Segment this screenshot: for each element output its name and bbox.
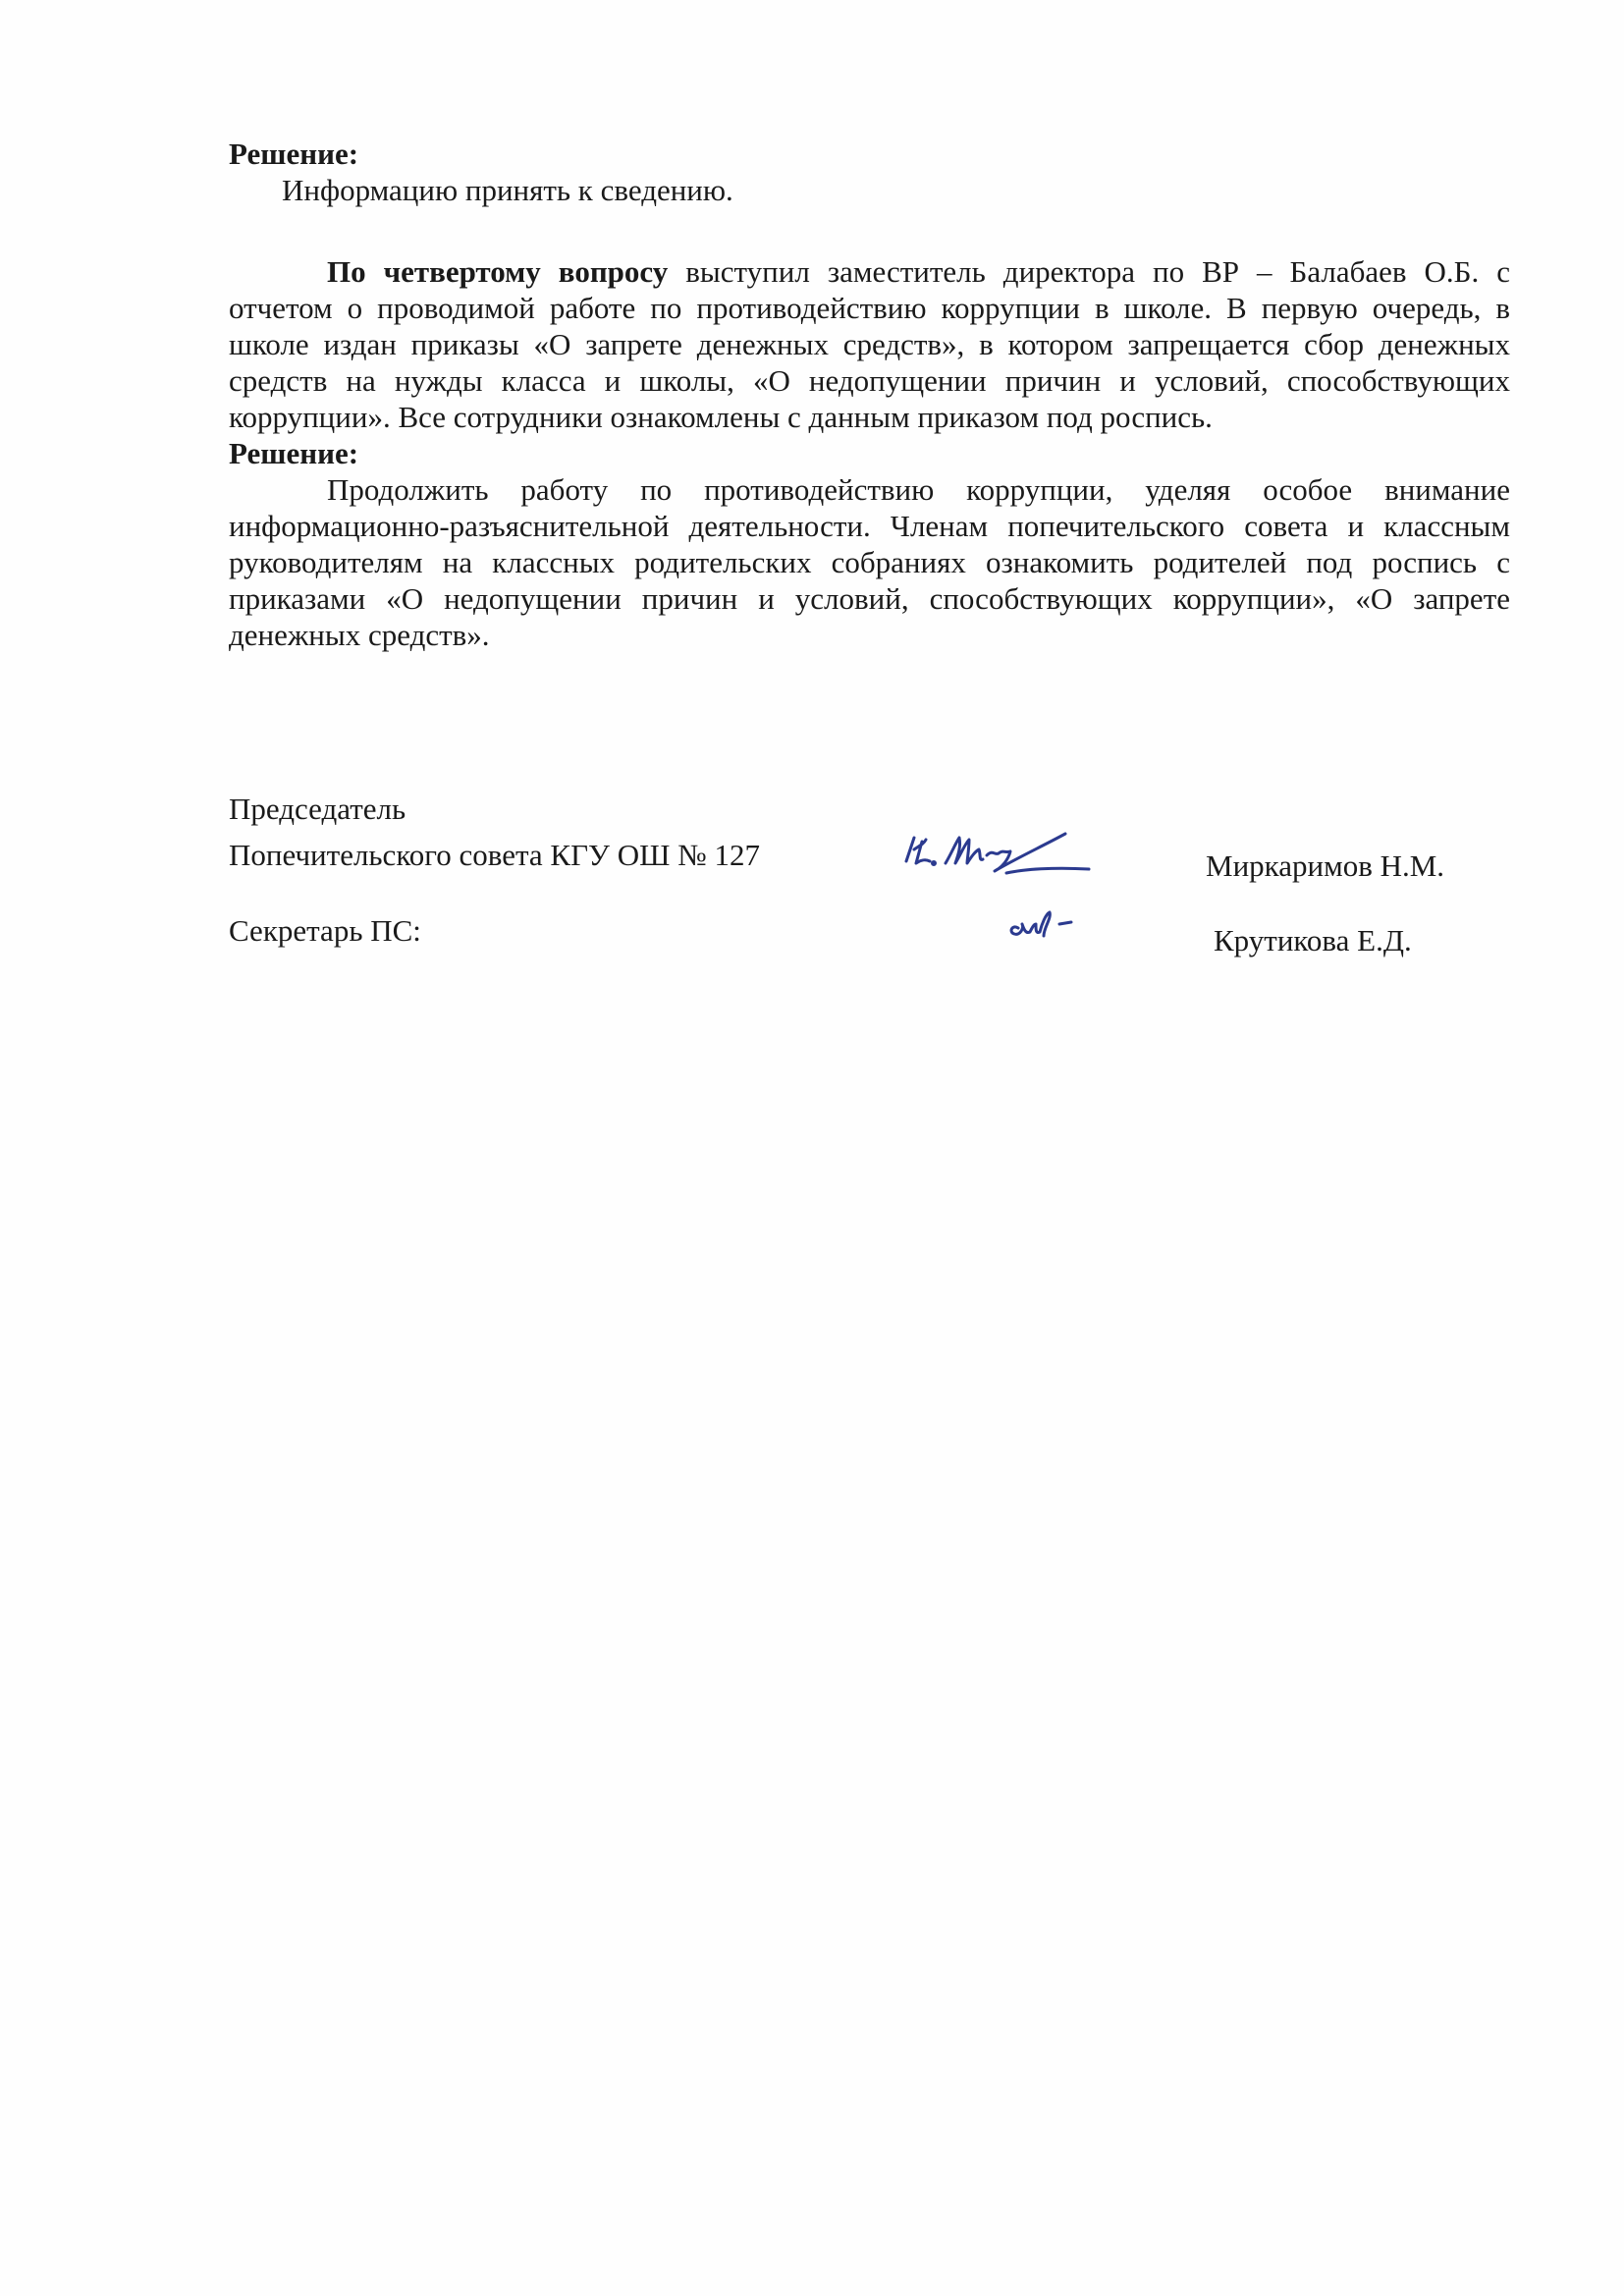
secretary-title: Секретарь ПС: <box>229 912 421 949</box>
document-body: Решение: Информацию принять к сведению. … <box>229 136 1510 653</box>
decision-heading-1: Решение: <box>229 136 1510 172</box>
chair-name: Миркаримов Н.М. <box>1206 847 1444 884</box>
decision-heading-2: Решение: <box>229 435 1510 471</box>
fourth-question-lead: По четвертому вопросу <box>327 254 668 289</box>
fourth-question-paragraph: По четвертому вопросу выступил заместите… <box>229 253 1510 435</box>
chair-title-line1: Председатель <box>229 791 406 827</box>
secretary-signature-icon <box>1004 902 1093 942</box>
decision-text-2: Продолжить работу по противодействию кор… <box>229 471 1510 653</box>
decision-text-1: Информацию принять к сведению. <box>229 172 1510 208</box>
signature-block: Председатель Попечительского совета КГУ … <box>229 791 1525 967</box>
chair-signature-icon <box>896 820 1103 889</box>
chair-title-line2: Попечительского совета КГУ ОШ № 127 <box>229 837 760 873</box>
spacer <box>229 208 1510 253</box>
document-page: Решение: Информацию принять к сведению. … <box>0 0 1624 2296</box>
secretary-name: Крутикова Е.Д. <box>1214 922 1412 958</box>
